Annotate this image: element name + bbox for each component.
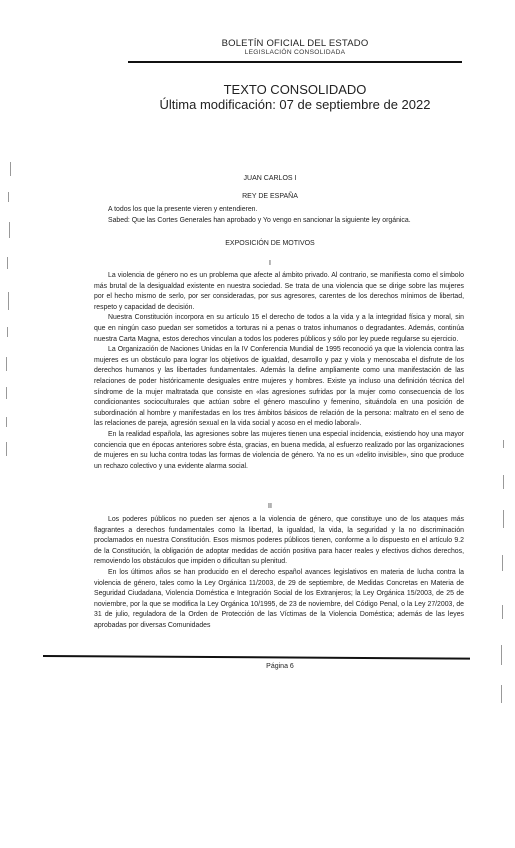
part-numeral: II: [60, 503, 480, 510]
part-2-body: Los poderes públicos no pueden ser ajeno…: [94, 515, 464, 632]
preamble-line: A todos los que la presente vieren y ent…: [94, 205, 464, 216]
paragraph: En los últimos años se han producido en …: [94, 568, 464, 632]
king-title: REY DE ESPAÑA: [60, 193, 480, 200]
part-numeral: I: [60, 260, 480, 267]
scan-margin-artifacts: [500, 420, 508, 720]
paragraph: La violencia de género no es un problema…: [94, 271, 464, 313]
page-number: Página 6: [160, 663, 400, 670]
paragraph: La Organización de Naciones Unidas en la…: [94, 345, 464, 430]
paragraph: Los poderes públicos no pueden ser ajeno…: [94, 515, 464, 568]
paragraph: Nuestra Constitución incorpora en su art…: [94, 313, 464, 345]
last-modified-date: Última modificación: 07 de septiembre de…: [130, 97, 460, 112]
section-title: EXPOSICIÓN DE MOTIVOS: [60, 240, 480, 247]
consolidated-text-heading: TEXTO CONSOLIDADO: [130, 82, 460, 97]
part-1-body: La violencia de género no es un problema…: [94, 271, 464, 472]
boe-header-title: BOLETÍN OFICIAL DEL ESTADO: [130, 38, 460, 49]
header-divider: [128, 61, 462, 63]
paragraph: En la realidad española, las agresiones …: [94, 430, 464, 472]
document-page: BOLETÍN OFICIAL DEL ESTADO LEGISLACIÓN C…: [0, 0, 515, 848]
footer-divider: [43, 655, 470, 659]
preamble-line: Sabed: Que las Cortes Generales han apro…: [94, 216, 464, 227]
scan-margin-artifacts: [4, 162, 12, 462]
boe-header-subtitle: LEGISLACIÓN CONSOLIDADA: [130, 49, 460, 56]
preamble: A todos los que la presente vieren y ent…: [94, 205, 464, 226]
king-name: JUAN CARLOS I: [60, 175, 480, 182]
